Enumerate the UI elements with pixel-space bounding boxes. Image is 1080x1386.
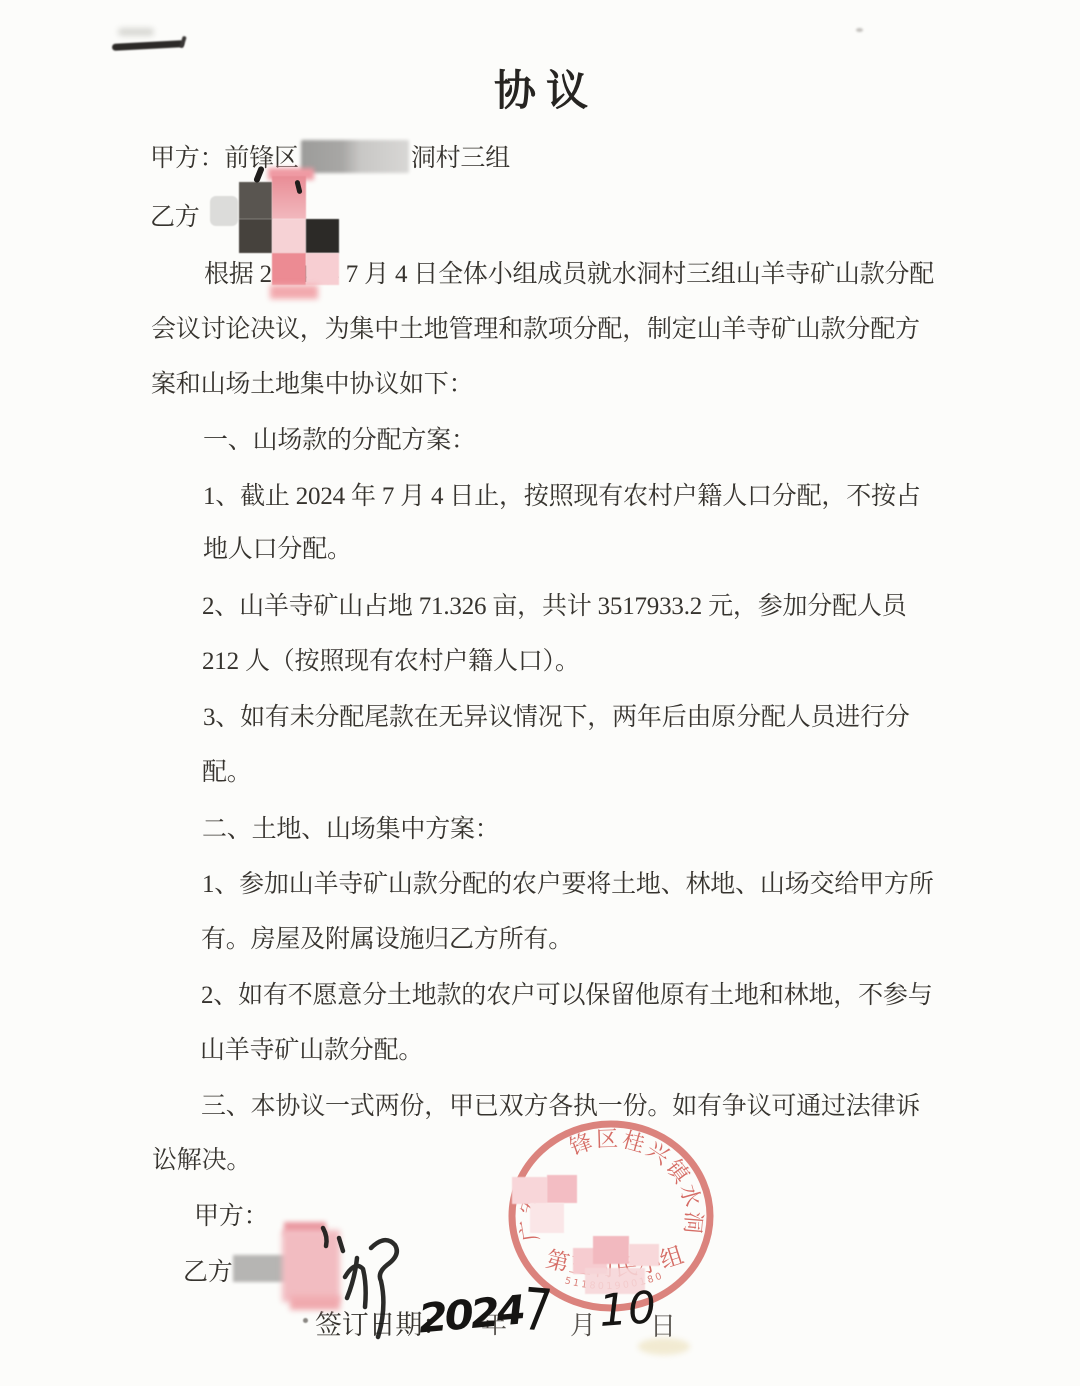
mosaic-square <box>210 196 238 226</box>
body-line: 地人口分配。 <box>203 529 352 565</box>
body-line: 2、如有不愿意分土地款的农户可以保留他原有土地和林地，不参与 <box>201 975 933 1011</box>
signature-party-a-label: 甲方： <box>194 1196 268 1232</box>
body-line: 讼解决。 <box>152 1140 251 1176</box>
body-line: 1、参加山羊寺矿山款分配的农户要将土地、林地、山场交给甲方所 <box>202 864 934 900</box>
scan-smudge-tail <box>179 36 187 49</box>
mosaic-square <box>593 1236 629 1264</box>
signature-party-b-label: 乙方 <box>183 1252 233 1288</box>
body-line: 山羊寺矿山款分配。 <box>200 1030 423 1066</box>
body-line: 1、截止 2024 年 7 月 4 日止，按照现有农村户籍人口分配，不按占 <box>203 476 921 512</box>
mosaic-square <box>270 285 318 299</box>
party-b-label: 乙方 <box>150 197 200 233</box>
page-title: 协议 <box>0 58 1080 118</box>
body-line: 3、如有未分配尾款在无异议情况下，两年后由原分配人员进行分 <box>203 697 910 733</box>
pen-stroke <box>371 1240 397 1337</box>
month-unit: 月 <box>570 1305 596 1342</box>
body-line: 配。 <box>202 752 252 788</box>
scan-dust-speck <box>856 28 863 32</box>
mosaic-square <box>272 253 306 285</box>
party-a-line: 甲方：前锋区洞村三组 <box>150 138 510 174</box>
mosaic-square <box>239 182 272 219</box>
body-line: 有。房屋及附属设施归乙方所有。 <box>201 919 573 955</box>
mosaic-square <box>629 1244 659 1266</box>
handwritten-day: 10 <box>597 1282 658 1337</box>
mosaic-square <box>272 219 306 253</box>
redaction-party-a <box>301 140 409 173</box>
handwritten-month: 7 <box>520 1275 555 1345</box>
pen-stroke <box>339 1238 343 1251</box>
scan-smudge-halo <box>118 28 154 36</box>
mosaic-square <box>530 1203 564 1233</box>
body-line: 三、本协议一式两份，甲已双方各执一份。如有争议可通过法律诉 <box>201 1086 920 1122</box>
handwritten-signature-scribble <box>295 1180 445 1350</box>
mosaic-square <box>512 1177 547 1204</box>
mosaic-square <box>547 1175 577 1203</box>
party-b-line: 乙方 <box>150 197 200 233</box>
party-a-suffix: 洞村三组 <box>411 138 510 174</box>
section-heading: 二、土地、山场集中方案： <box>202 809 500 845</box>
pen-stroke <box>323 1228 327 1246</box>
section-heading: 一、山场款的分配方案： <box>203 420 476 456</box>
body-line: 案和山场土地集中协议如下： <box>151 364 473 400</box>
mosaic-square <box>306 219 339 253</box>
mosaic-square <box>239 219 272 253</box>
scan-smudge-mark <box>112 40 184 51</box>
mosaic-square <box>272 176 306 219</box>
body-line: 会议讨论决议，为集中土地管理和款项分配，制定山羊寺矿山款分配方 <box>151 309 920 345</box>
body-line: 2、山羊寺矿山占地 71.326 亩，共计 3517933.2 元，参加分配人员 <box>202 586 907 622</box>
scanned-agreement-page: 协议 甲方：前锋区洞村三组 乙方 根据 2024 年 7 月 4 日全体小组成员… <box>0 0 1080 1386</box>
body-line: 212 人（按照现有农村户籍人口）。 <box>202 641 580 677</box>
mosaic-square <box>306 253 339 285</box>
